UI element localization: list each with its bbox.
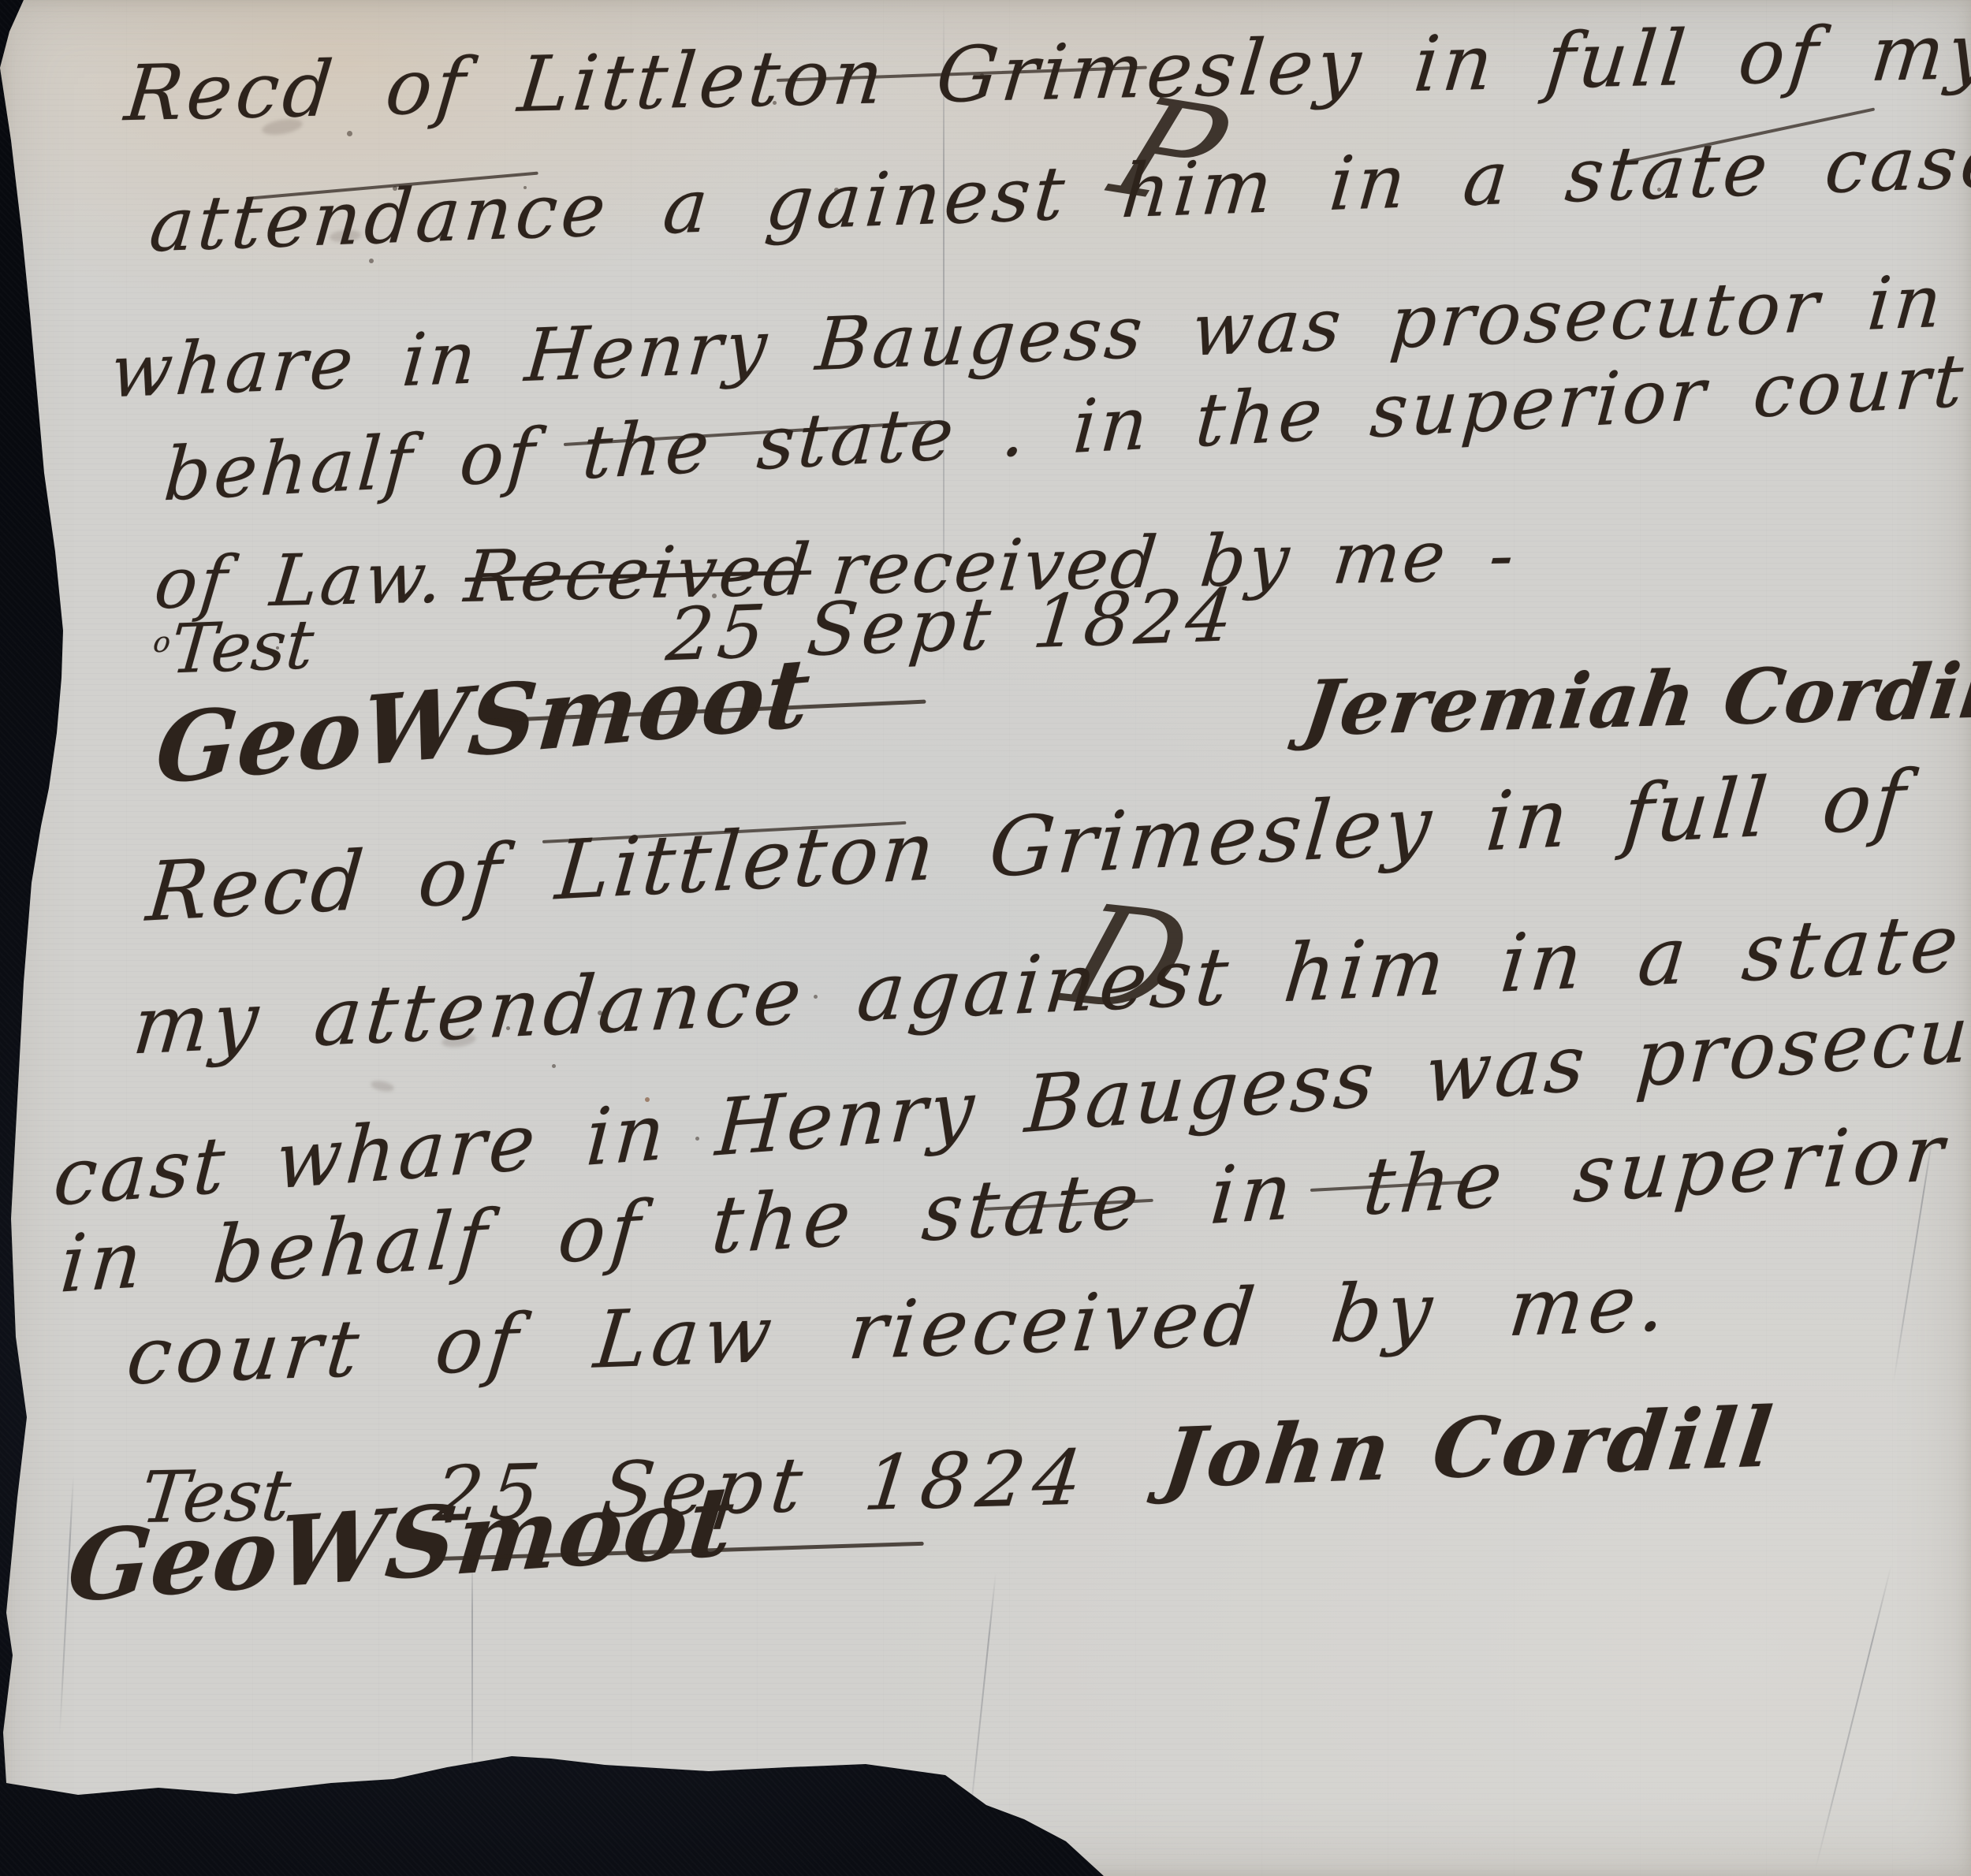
receipt1-line2: attendance a gainest him in a state case (146, 118, 1971, 270)
paper-crease (969, 1573, 997, 1823)
ink-smudge (370, 1079, 395, 1093)
receipt2-signature: John Cordill (1159, 1388, 1781, 1507)
receipt1-test-label: oTest (149, 605, 317, 690)
photo-of-document: Recd of Littleton Grimesley in full of m… (0, 0, 1971, 1876)
paper-crease (1814, 1565, 1892, 1871)
ink-speckle (552, 1064, 556, 1068)
torn-paper-receipt: Recd of Littleton Grimesley in full of m… (0, 0, 1971, 1876)
receipt1-test-marker: o (152, 624, 173, 659)
receipt1-signature: Jeremiah Cordill (1298, 645, 1971, 753)
